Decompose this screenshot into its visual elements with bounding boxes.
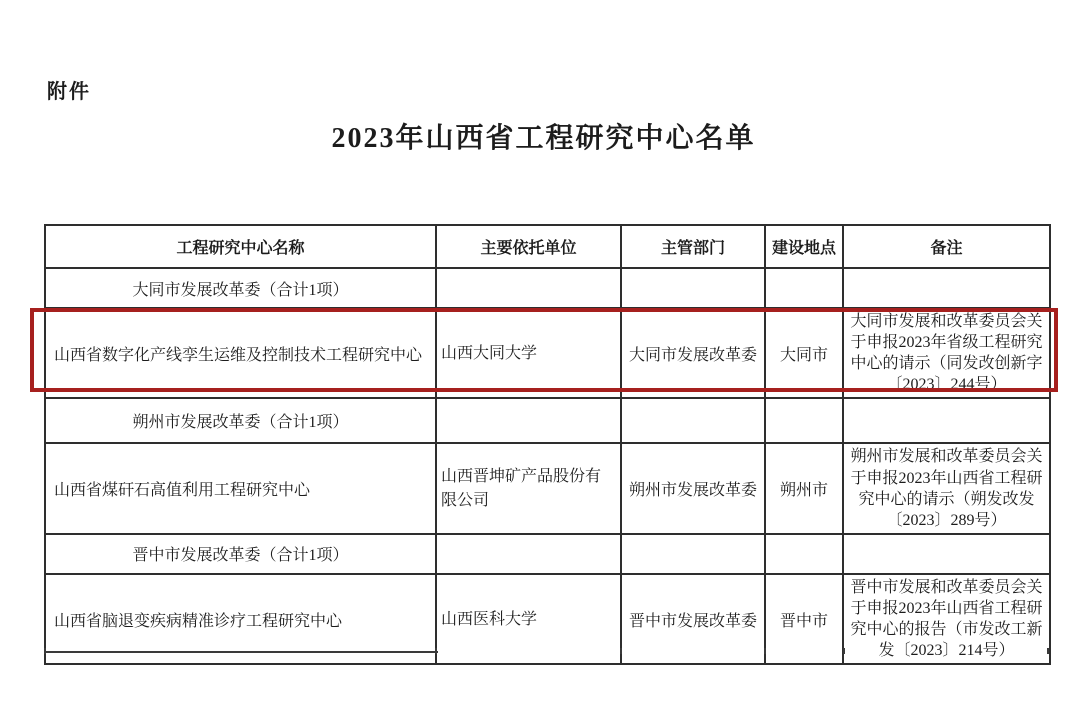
table-cell: 朔州市发展改革委（合计1项） (45, 398, 436, 443)
table-cell (436, 398, 621, 443)
scan-artifact (764, 648, 766, 654)
table-cell: 朔州市发展和改革委员会关于申报2023年山西省工程研究中心的请示（朔发改发〔20… (843, 443, 1050, 533)
table-cell: 大同市发展和改革委员会关于申报2023年省级工程研究中心的请示（同发改创新字〔2… (843, 308, 1050, 398)
table-row: 山西省数字化产线孪生运维及控制技术工程研究中心山西大同大学大同市发展改革委大同市… (45, 308, 1050, 398)
table-cell: 山西省煤矸石高值利用工程研究中心 (45, 443, 436, 533)
table-cell: 朔州市 (765, 443, 843, 533)
scan-artifact (44, 651, 438, 653)
table-cell (843, 534, 1050, 574)
table-cell: 晋中市发展改革委（合计1项） (45, 534, 436, 574)
table-cell (765, 398, 843, 443)
header-location: 建设地点 (765, 225, 843, 268)
header-supporting-unit: 主要依托单位 (436, 225, 621, 268)
scan-artifact (620, 648, 622, 654)
table-cell (436, 268, 621, 308)
group-row: 大同市发展改革委（合计1项） (45, 268, 1050, 308)
table-cell: 山西晋坤矿产品股份有限公司 (436, 443, 621, 533)
table-cell (843, 268, 1050, 308)
table-cell: 晋中市发展和改革委员会关于申报2023年山西省工程研究中心的报告（市发改工新发〔… (843, 574, 1050, 664)
header-authority: 主管部门 (621, 225, 765, 268)
table-cell: 晋中市 (765, 574, 843, 664)
page-title: 2023年山西省工程研究中心名单 (0, 116, 1087, 156)
header-remarks: 备注 (843, 225, 1050, 268)
document-page: 附件 2023年山西省工程研究中心名单 工程研究中心名称 主要依托单位 主管部门… (0, 0, 1087, 725)
scan-artifact (1047, 648, 1049, 654)
table-header-row: 工程研究中心名称 主要依托单位 主管部门 建设地点 备注 (45, 225, 1050, 268)
table-cell (436, 534, 621, 574)
table-cell (621, 398, 765, 443)
table-cell (765, 534, 843, 574)
table-cell (843, 398, 1050, 443)
table-cell (765, 268, 843, 308)
scan-artifact (843, 648, 845, 654)
table-row: 山西省煤矸石高值利用工程研究中心山西晋坤矿产品股份有限公司朔州市发展改革委朔州市… (45, 443, 1050, 533)
table-cell: 山西大同大学 (436, 308, 621, 398)
group-row: 晋中市发展改革委（合计1项） (45, 534, 1050, 574)
group-row: 朔州市发展改革委（合计1项） (45, 398, 1050, 443)
research-center-table: 工程研究中心名称 主要依托单位 主管部门 建设地点 备注 大同市发展改革委（合计… (44, 224, 1051, 665)
table-cell (621, 534, 765, 574)
table-cell: 大同市发展改革委 (621, 308, 765, 398)
table-cell (621, 268, 765, 308)
attachment-label: 附件 (47, 75, 91, 104)
header-center-name: 工程研究中心名称 (45, 225, 436, 268)
table-cell: 朔州市发展改革委 (621, 443, 765, 533)
table-cell: 山西省数字化产线孪生运维及控制技术工程研究中心 (45, 308, 436, 398)
table-cell: 晋中市发展改革委 (621, 574, 765, 664)
table-cell: 大同市发展改革委（合计1项） (45, 268, 436, 308)
table-cell: 大同市 (765, 308, 843, 398)
table-cell: 山西医科大学 (436, 574, 621, 664)
